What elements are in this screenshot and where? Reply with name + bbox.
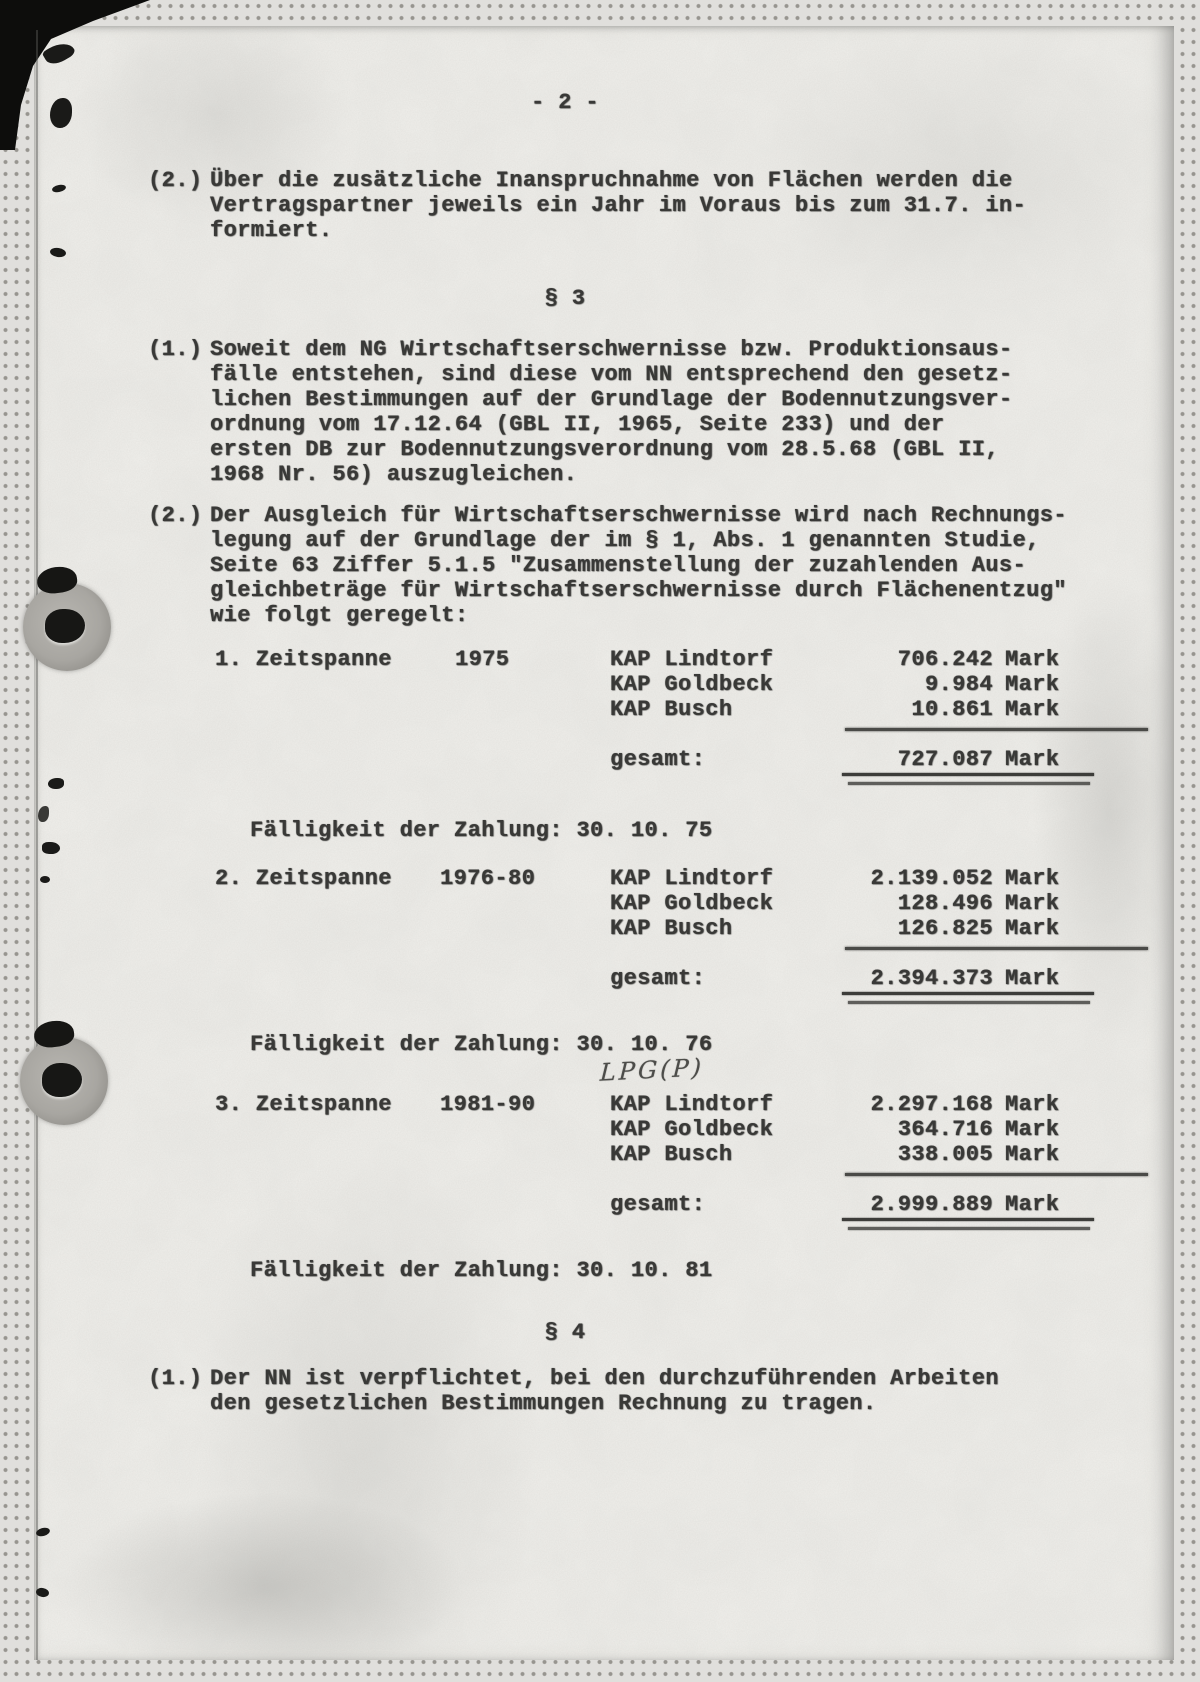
paragraph-marker: (2.) <box>148 503 202 528</box>
payment-period-3: 3. Zeitspanne 1981-90 KAP Lindtorf 2.297… <box>0 1092 1200 1232</box>
kap-entry-amount: 338.005 <box>835 1142 993 1167</box>
period-label: 3. Zeitspanne <box>215 1092 392 1117</box>
payment-period-1: 1. Zeitspanne 1975 KAP Lindtorf 706.242 … <box>0 647 1200 787</box>
paragraph-marker: (2.) <box>148 168 202 193</box>
paragraph-line: gleichbeträge für Wirtschaftserschwernis… <box>210 578 1067 603</box>
sum-separator-line <box>845 947 1148 950</box>
section-3-heading: § 3 <box>0 286 1130 311</box>
paragraph-line: ersten DB zur Bodennutzungsverordnung vo… <box>210 437 1013 462</box>
kap-entry-amount: 2.139.052 <box>835 866 993 891</box>
sum-separator-line <box>845 728 1148 731</box>
paragraph-marker: (1.) <box>148 337 202 362</box>
due-date-line: Fälligkeit der Zahlung: 30. 10. 75 <box>250 818 712 843</box>
kap-entry-unit: Mark <box>1005 1092 1059 1117</box>
payment-period-2: 2. Zeitspanne 1976-80 KAP Lindtorf 2.139… <box>0 866 1200 1006</box>
section-4-paragraph-1: (1.) Der NN ist verpflichtet, bei den du… <box>148 1366 999 1416</box>
kap-entry-name: KAP Lindtorf <box>610 1092 773 1117</box>
kap-entry-amount: 126.825 <box>835 916 993 941</box>
total-underline <box>848 782 1090 785</box>
page-number: - 2 - <box>0 90 1130 115</box>
paragraph-line: formiert. <box>210 218 1026 243</box>
kap-entry-name: KAP Busch <box>610 697 732 722</box>
total-amount: 2.999.889 <box>835 1192 993 1217</box>
period-label: 2. Zeitspanne <box>215 866 392 891</box>
paper-left-edge-line <box>36 30 38 1660</box>
paragraph-line: Über die zusätzliche Inanspruchnahme von… <box>210 168 1026 193</box>
paragraph-line: wie folgt geregelt: <box>210 603 1067 628</box>
kap-entry-name: KAP Goldbeck <box>610 672 773 697</box>
paragraph-line: lichen Bestimmungen auf der Grundlage de… <box>210 387 1013 412</box>
kap-entry-unit: Mark <box>1005 647 1059 672</box>
paragraph-line: Der NN ist verpflichtet, bei den durchzu… <box>210 1366 999 1391</box>
total-underline <box>848 1227 1090 1230</box>
punch-hole <box>45 609 85 643</box>
section-3-paragraph-2: (2.) Der Ausgleich für Wirtschaftserschw… <box>148 503 1067 628</box>
kap-entry-amount: 128.496 <box>835 891 993 916</box>
total-unit: Mark <box>1005 747 1059 772</box>
sum-separator-line <box>845 1173 1148 1176</box>
kap-entry-amount: 9.984 <box>835 672 993 697</box>
kap-entry-amount: 364.716 <box>835 1117 993 1142</box>
handwritten-note: LPG(P) <box>599 1053 704 1087</box>
paragraph-marker: (1.) <box>148 1366 202 1391</box>
period-years: 1976-80 <box>440 866 535 891</box>
due-date-line: Fälligkeit der Zahlung: 30. 10. 76 <box>250 1032 712 1057</box>
total-label: gesamt: <box>610 966 705 991</box>
total-label: gesamt: <box>610 747 705 772</box>
scanned-document-page: - 2 - (2.) Über die zusätzliche Inanspru… <box>0 0 1200 1682</box>
kap-entry-amount: 2.297.168 <box>835 1092 993 1117</box>
period-years: 1981-90 <box>440 1092 535 1117</box>
kap-entry-unit: Mark <box>1005 672 1059 697</box>
kap-entry-amount: 706.242 <box>835 647 993 672</box>
period-years: 1975 <box>455 647 509 672</box>
total-label: gesamt: <box>610 1192 705 1217</box>
total-underline <box>848 1001 1090 1004</box>
paragraph-line: legung auf der Grundlage der im § 1, Abs… <box>210 528 1067 553</box>
kap-entry-name: KAP Goldbeck <box>610 891 773 916</box>
kap-entry-unit: Mark <box>1005 891 1059 916</box>
paragraph-line: ordnung vom 17.12.64 (GBL II, 1965, Seit… <box>210 412 1013 437</box>
due-date-line: Fälligkeit der Zahlung: 30. 10. 81 <box>250 1258 712 1283</box>
total-underline <box>842 773 1094 776</box>
ink-mark <box>42 842 60 854</box>
paragraph-line: Soweit dem NG Wirtschaftserschwernisse b… <box>210 337 1013 362</box>
section-3-paragraph-1: (1.) Soweit dem NG Wirtschaftserschwerni… <box>148 337 1013 487</box>
kap-entry-name: KAP Busch <box>610 916 732 941</box>
kap-entry-name: KAP Lindtorf <box>610 866 773 891</box>
paragraph-line: 1968 Nr. 56) auszugleichen. <box>210 462 1013 487</box>
total-amount: 727.087 <box>835 747 993 772</box>
total-unit: Mark <box>1005 966 1059 991</box>
kap-entry-unit: Mark <box>1005 1142 1059 1167</box>
kap-entry-amount: 10.861 <box>835 697 993 722</box>
paragraph-line: den gesetzlichen Bestimmungen Rechnung z… <box>210 1391 999 1416</box>
kap-entry-name: KAP Busch <box>610 1142 732 1167</box>
paragraph-line: Seite 63 Ziffer 5.1.5 "Zusammenstellung … <box>210 553 1067 578</box>
kap-entry-unit: Mark <box>1005 866 1059 891</box>
total-underline <box>842 992 1094 995</box>
section-4-heading: § 4 <box>0 1320 1130 1345</box>
total-unit: Mark <box>1005 1192 1059 1217</box>
paragraph-line: fälle entstehen, sind diese vom NN entsp… <box>210 362 1013 387</box>
paragraph-line: Vertragspartner jeweils ein Jahr im Vora… <box>210 193 1026 218</box>
kap-entry-unit: Mark <box>1005 697 1059 722</box>
kap-entry-unit: Mark <box>1005 916 1059 941</box>
kap-entry-unit: Mark <box>1005 1117 1059 1142</box>
paragraph-line: Der Ausgleich für Wirtschaftserschwernis… <box>210 503 1067 528</box>
kap-entry-name: KAP Goldbeck <box>610 1117 773 1142</box>
period-label: 1. Zeitspanne <box>215 647 392 672</box>
kap-entry-name: KAP Lindtorf <box>610 647 773 672</box>
total-underline <box>842 1218 1094 1221</box>
total-amount: 2.394.373 <box>835 966 993 991</box>
paragraph-top: (2.) Über die zusätzliche Inanspruchnahm… <box>148 168 1026 243</box>
